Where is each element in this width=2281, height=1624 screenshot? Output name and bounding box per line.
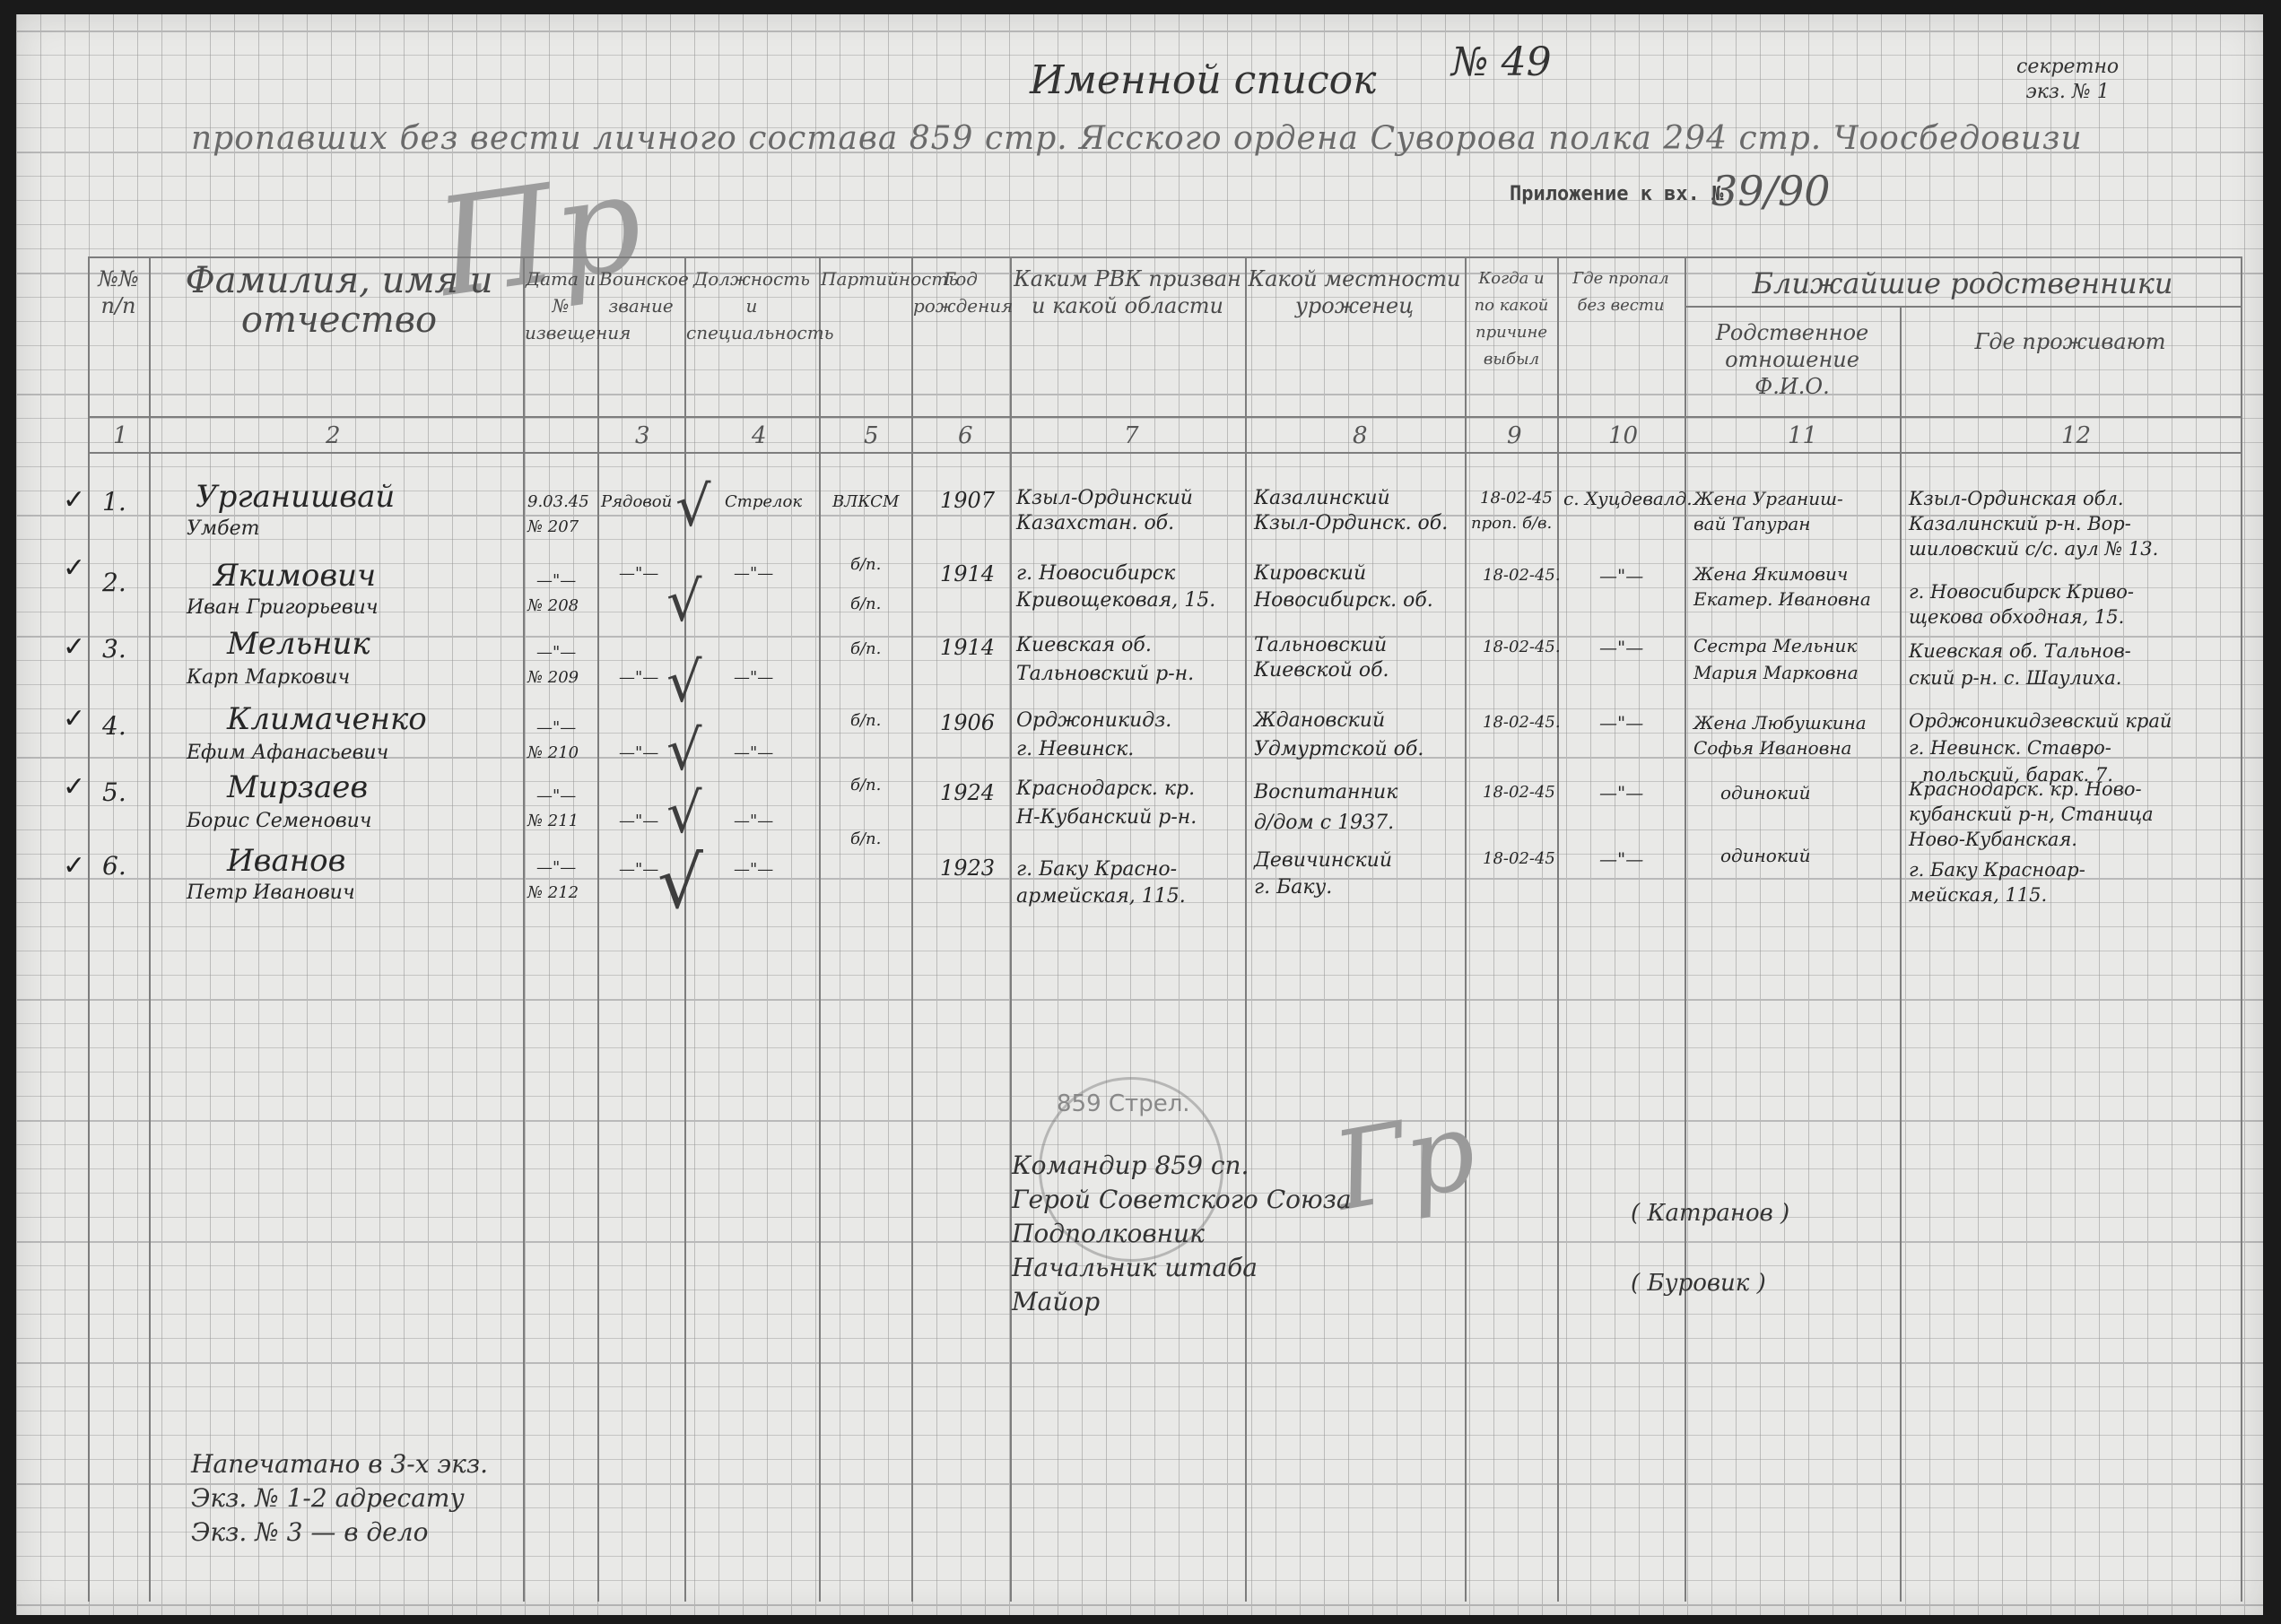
when-left: проп. б/в. bbox=[1471, 511, 1552, 536]
row-number: 2. bbox=[102, 570, 126, 595]
rvk: Киевская об. bbox=[1016, 633, 1152, 658]
surname: Урганишвай bbox=[196, 481, 395, 513]
native-place: г. Баку. bbox=[1254, 875, 1332, 900]
where-missing: —"— bbox=[1599, 847, 1643, 872]
incoming-stamp-number: 39/90 bbox=[1711, 167, 1831, 215]
address: г. Невинск. Ставро- bbox=[1909, 735, 2111, 760]
position: —"— bbox=[734, 857, 773, 882]
header-relatives-group: Ближайшие родственники bbox=[1686, 264, 2239, 303]
colnum-4: 4 bbox=[752, 422, 767, 449]
party: б/п. bbox=[850, 827, 881, 852]
rank: —"— bbox=[619, 857, 658, 882]
table-row: ✓ 2. Якимович Иван Григорьевич —"— № 208… bbox=[16, 552, 2263, 626]
header-name: Фамилия, имя и отчество bbox=[169, 261, 509, 340]
native-place: Удмуртской об. bbox=[1254, 737, 1423, 762]
given-name: Борис Семенович bbox=[187, 809, 372, 834]
relation: Жена Якимович bbox=[1693, 561, 1848, 586]
relation: Жена Урганиш- bbox=[1693, 486, 1843, 511]
birth-year: 1914 bbox=[940, 561, 995, 586]
address: Киевская об. Тальнов- bbox=[1909, 638, 2131, 664]
notice-number: № 209 bbox=[527, 665, 579, 690]
relation: одинокий bbox=[1720, 780, 1811, 805]
rank: —"— bbox=[619, 561, 658, 586]
position: Стрелок bbox=[725, 490, 802, 515]
surname: Иванов bbox=[227, 845, 345, 877]
table-row: ✓ 5. Мирзаев Борис Семенович —"— № 211 —… bbox=[16, 777, 2263, 850]
header-where-missing: Где пропал без вести bbox=[1559, 265, 1683, 319]
native-place: Казалинский bbox=[1254, 486, 1390, 511]
position: —"— bbox=[734, 809, 773, 834]
colnum-12: 12 bbox=[2061, 422, 2091, 449]
relation: одинокий bbox=[1720, 843, 1811, 868]
notice-number: № 212 bbox=[527, 881, 579, 906]
address: Орджоникидзевский край bbox=[1909, 708, 2172, 734]
given-name: Иван Григорьевич bbox=[187, 595, 379, 621]
native-place: Кзыл-Ординск. об. bbox=[1254, 511, 1448, 536]
col-border bbox=[2241, 256, 2242, 1602]
chief-of-staff-name: ( Буровик ) bbox=[1631, 1270, 1766, 1297]
position: —"— bbox=[734, 665, 773, 690]
row-number: 4. bbox=[102, 714, 126, 739]
col-border bbox=[1685, 256, 1686, 1602]
relation: вай Тапуран bbox=[1693, 511, 1810, 536]
birth-year: 1923 bbox=[940, 855, 995, 881]
header-birth-year: Год рождения bbox=[913, 265, 1008, 319]
party: б/п. bbox=[850, 773, 881, 798]
when-left: 18-02-45. bbox=[1483, 563, 1561, 588]
surname: Мирзаев bbox=[227, 771, 368, 803]
notice-date: 9.03.45 bbox=[527, 490, 589, 515]
checkmark-icon: ✓ bbox=[63, 703, 85, 734]
notice-number: № 208 bbox=[527, 594, 579, 619]
where-missing: —"— bbox=[1599, 780, 1643, 805]
colnum-6: 6 bbox=[958, 422, 973, 449]
colnum-9: 9 bbox=[1507, 422, 1522, 449]
colnum-8: 8 bbox=[1353, 422, 1368, 449]
native-place: д/дом с 1937. bbox=[1254, 811, 1394, 836]
header-notice: Дата и № извещения bbox=[525, 265, 596, 346]
relation: Мария Марковна bbox=[1693, 660, 1859, 685]
birth-year: 1906 bbox=[940, 710, 995, 735]
address: Краснодарск. кр. Ново- bbox=[1909, 777, 2142, 802]
rvk: Казахстан. об. bbox=[1016, 511, 1174, 536]
when-left: 18-02-45 bbox=[1483, 847, 1555, 872]
check-icon: √ bbox=[675, 473, 711, 539]
table-top-border bbox=[88, 256, 2241, 258]
when-left: 18-02-45 bbox=[1483, 780, 1555, 805]
checkmark-icon: ✓ bbox=[63, 850, 85, 881]
party: б/п. bbox=[850, 552, 881, 578]
notice-date: —"— bbox=[536, 855, 576, 881]
colnum-bottom-border bbox=[88, 452, 2241, 454]
colnum-11: 11 bbox=[1788, 422, 1817, 449]
address: Кзыл-Ординская обл. bbox=[1909, 486, 2124, 511]
header-position: Должность и специальность bbox=[686, 265, 817, 346]
given-name: Ефим Афанасьевич bbox=[187, 741, 388, 766]
header-when-left: Когда и по какой причине выбыл bbox=[1467, 265, 1556, 373]
given-name: Петр Иванович bbox=[187, 881, 355, 906]
rank: —"— bbox=[619, 741, 658, 766]
col-border bbox=[1557, 256, 1559, 1602]
secrecy-mark: секретно экз. № 1 bbox=[2016, 55, 2119, 105]
document-sheet: Именной список № 49 пропавших без вести … bbox=[16, 14, 2263, 1615]
header-relation: Родственное отношение Ф.И.О. bbox=[1686, 319, 1898, 400]
row-number: 6. bbox=[102, 854, 126, 879]
native-place: Кировский bbox=[1254, 561, 1366, 586]
table-row: ✓ 3. Мельник Карп Маркович —"— № 209 —"—… bbox=[16, 628, 2263, 701]
party-repeat: б/п. bbox=[850, 592, 881, 617]
header-address: Где проживают bbox=[1902, 328, 2239, 355]
notice-number: № 211 bbox=[527, 809, 579, 834]
address: щекова обходная, 15. bbox=[1909, 604, 2124, 630]
address: Казалинский р-н. Вор- bbox=[1909, 511, 2131, 536]
relatives-group-border bbox=[1685, 306, 2241, 308]
list-number: № 49 bbox=[1451, 39, 1552, 85]
rvk: Н-Кубанский р-н. bbox=[1016, 805, 1197, 830]
birth-year: 1924 bbox=[940, 780, 995, 805]
colnum-7: 7 bbox=[1124, 422, 1139, 449]
when-left: 18-02-45. bbox=[1483, 635, 1561, 660]
checkmark-icon: ✓ bbox=[63, 552, 85, 584]
rank: —"— bbox=[619, 665, 658, 690]
surname: Якимович bbox=[213, 560, 376, 592]
row-number: 3. bbox=[102, 637, 126, 662]
where-missing: —"— bbox=[1599, 710, 1643, 735]
row-number: 5. bbox=[102, 780, 126, 805]
native-place: Воспитанник bbox=[1254, 780, 1397, 805]
party: б/п. bbox=[850, 637, 881, 662]
birth-year: 1914 bbox=[940, 635, 995, 660]
relation: Екатер. Ивановна bbox=[1693, 586, 1871, 612]
colnum-3: 3 bbox=[635, 422, 650, 449]
surname: Климаченко bbox=[227, 703, 427, 735]
notice-date: —"— bbox=[536, 716, 576, 741]
col-border bbox=[149, 256, 151, 1602]
col-border bbox=[523, 256, 525, 1602]
header-party: Партийность bbox=[821, 265, 910, 292]
check-icon: √ bbox=[666, 780, 702, 846]
check-icon: √ bbox=[666, 717, 702, 783]
notice-number: № 210 bbox=[527, 741, 579, 766]
rvk: г. Баку Красно- bbox=[1016, 857, 1177, 882]
col-border bbox=[684, 256, 686, 1602]
when-left: 18-02-45. bbox=[1483, 710, 1561, 735]
header-bottom-border bbox=[88, 416, 2241, 418]
row-number: 1. bbox=[102, 490, 126, 515]
rvk: Тальновский р-н. bbox=[1016, 662, 1194, 687]
table-row: ✓ 4. Климаченко Ефим Афанасьевич —"— № 2… bbox=[16, 703, 2263, 777]
unit-seal-text: 859 Стрел. bbox=[1057, 1090, 1190, 1117]
rvk: г. Новосибирск bbox=[1016, 561, 1175, 586]
given-name: Умбет bbox=[187, 517, 259, 542]
copies-footnote: Напечатано в 3-х экз. Экз. № 1-2 адресат… bbox=[191, 1447, 488, 1550]
checkmark-icon: ✓ bbox=[63, 484, 85, 516]
party: б/п. bbox=[850, 708, 881, 734]
colnum-2: 2 bbox=[326, 422, 341, 449]
relation: Жена Любушкина bbox=[1693, 710, 1867, 735]
native-place: Киевской об. bbox=[1254, 658, 1389, 683]
native-place: Тальновский bbox=[1254, 633, 1387, 658]
party: ВЛКСМ bbox=[832, 490, 899, 515]
col-border bbox=[911, 256, 913, 1602]
col-border bbox=[819, 256, 821, 1602]
rank: Рядовой bbox=[601, 490, 672, 515]
rvk: Орджоникидз. bbox=[1016, 708, 1171, 734]
where-missing: с. Хуцдевалд. bbox=[1563, 486, 1693, 511]
address: кубанский р-н, Станица bbox=[1909, 802, 2154, 827]
col-border bbox=[1465, 256, 1467, 1602]
birth-year: 1907 bbox=[940, 488, 995, 513]
header-rank: Воинское звание bbox=[599, 265, 683, 319]
relation: Сестра Мельник bbox=[1693, 633, 1857, 658]
address: мейская, 115. bbox=[1909, 882, 2047, 908]
notice-date: —"— bbox=[536, 784, 576, 809]
address: г. Новосибирск Криво- bbox=[1909, 579, 2134, 604]
col-border bbox=[88, 256, 90, 1602]
notice-date: —"— bbox=[536, 640, 576, 665]
rvk: Краснодарск. кр. bbox=[1016, 777, 1195, 802]
native-place: Новосибирск. об. bbox=[1254, 588, 1433, 613]
check-icon: √ bbox=[666, 569, 702, 634]
table-row: ✓ 1. Урганишвай Умбет 9.03.45 № 207 Рядо… bbox=[16, 473, 2263, 547]
rvk: Кривощековая, 15. bbox=[1016, 588, 1215, 613]
commander-name: ( Катранов ) bbox=[1631, 1200, 1789, 1227]
document-subtitle: пропавших без вести личного состава 859 … bbox=[191, 120, 2083, 157]
col-border bbox=[1245, 256, 1247, 1602]
header-native: Какой местности уроженец bbox=[1247, 265, 1462, 319]
native-place: Девичинский bbox=[1254, 848, 1392, 873]
rvk: армейская, 115. bbox=[1016, 884, 1186, 909]
address: г. Баку Красноар- bbox=[1909, 857, 2085, 882]
notice-date: —"— bbox=[536, 569, 576, 594]
document-title: Именной список bbox=[1030, 57, 1376, 103]
rvk: г. Невинск. bbox=[1016, 737, 1134, 762]
native-place: Ждановский bbox=[1254, 708, 1385, 734]
rank: —"— bbox=[619, 809, 658, 834]
relation: Софья Ивановна bbox=[1693, 735, 1851, 760]
col-border bbox=[597, 256, 599, 1602]
table-row: ✓ 6. Иванов Петр Иванович —"— № 212 —"— … bbox=[16, 848, 2263, 922]
incoming-stamp-label: Приложение к вх. № bbox=[1510, 183, 1723, 205]
when-left: 18-02-45 bbox=[1480, 486, 1553, 511]
position: —"— bbox=[734, 561, 773, 586]
col-border bbox=[1010, 256, 1012, 1602]
where-missing: —"— bbox=[1599, 635, 1643, 660]
signature-titles: Командир 859 сп. Герой Советского Союза … bbox=[1012, 1149, 1352, 1319]
notice-number: № 207 bbox=[527, 515, 579, 540]
colnum-5: 5 bbox=[864, 422, 879, 449]
position: —"— bbox=[734, 741, 773, 766]
colnum-10: 10 bbox=[1608, 422, 1638, 449]
check-icon: √ bbox=[657, 841, 703, 925]
header-number: №№ п/п bbox=[90, 265, 147, 319]
colnum-1: 1 bbox=[113, 422, 128, 449]
checkmark-icon: ✓ bbox=[63, 771, 85, 803]
surname: Мельник bbox=[227, 628, 370, 660]
rvk: Кзыл-Ординский bbox=[1016, 486, 1193, 511]
where-missing: —"— bbox=[1599, 563, 1643, 588]
given-name: Карп Маркович bbox=[187, 665, 350, 690]
header-rvk: Каким РВК призван и какой области bbox=[1012, 265, 1243, 319]
checkmark-icon: ✓ bbox=[63, 631, 85, 663]
address: ский р-н. с. Шаулиха. bbox=[1909, 665, 2121, 690]
